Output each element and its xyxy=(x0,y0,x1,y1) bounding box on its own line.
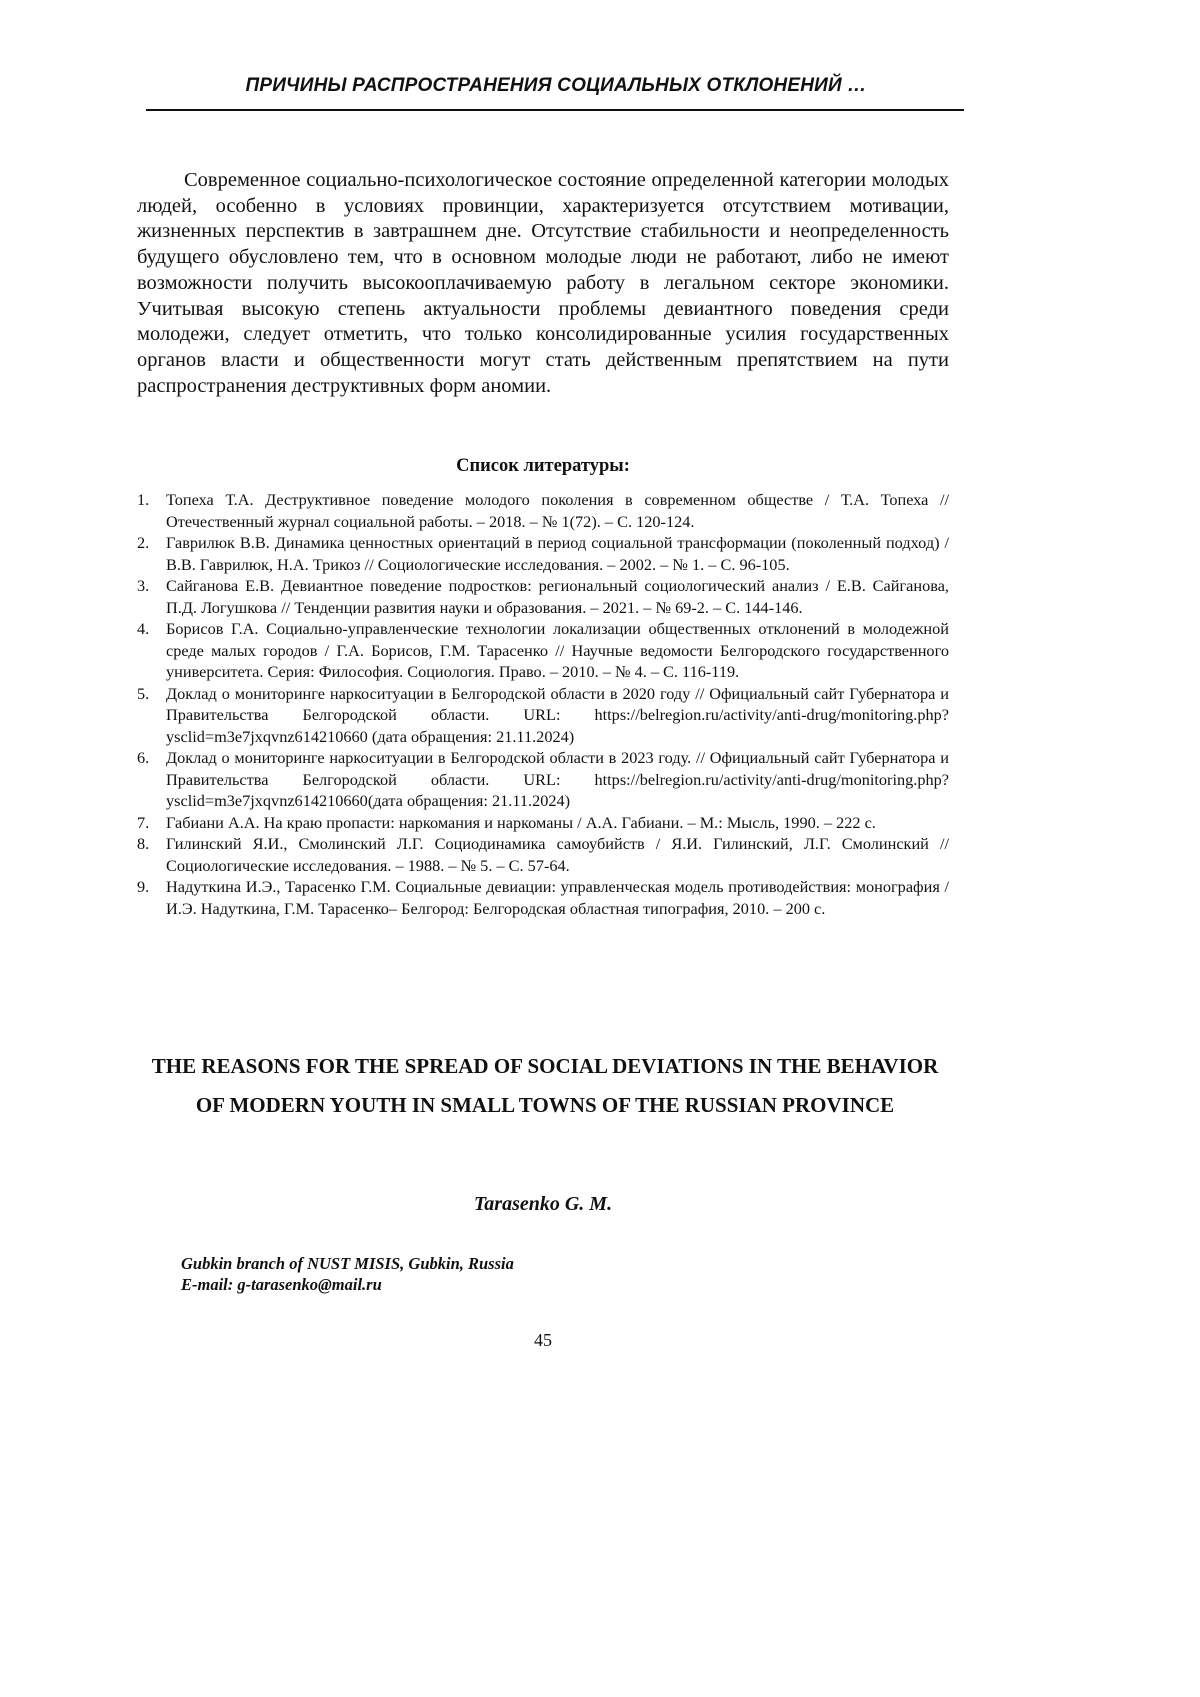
reference-item: 6.Доклад о мониторинге наркоситуации в Б… xyxy=(137,747,949,812)
reference-item: 1.Топеха Т.А. Деструктивное поведение мо… xyxy=(137,489,949,532)
reference-item: 7.Габиани А.А. На краю пропасти: наркома… xyxy=(137,812,949,834)
reference-number: 4. xyxy=(137,618,149,640)
reference-item: 8.Гилинский Я.И., Смолинский Л.Г. Социод… xyxy=(137,833,949,876)
reference-number: 6. xyxy=(137,747,149,769)
english-title: THE REASONS FOR THE SPREAD OF SOCIAL DEV… xyxy=(150,1047,940,1125)
reference-item: 2.Гаврилюк В.В. Динамика ценностных орие… xyxy=(137,532,949,575)
reference-text: Надуткина И.Э., Тарасенко Г.М. Социальны… xyxy=(166,877,949,918)
reference-number: 1. xyxy=(137,489,149,511)
references-title: Список литературы: xyxy=(137,456,949,477)
references-list: 1.Топеха Т.А. Деструктивное поведение мо… xyxy=(137,489,949,919)
running-head: ПРИЧИНЫ РАСПРОСТРАНЕНИЯ СОЦИАЛЬНЫХ ОТКЛО… xyxy=(146,75,966,97)
reference-text: Гилинский Я.И., Смолинский Л.Г. Социодин… xyxy=(166,834,949,875)
reference-number: 5. xyxy=(137,683,149,705)
reference-text: Сайганова Е.В. Девиантное поведение подр… xyxy=(166,576,949,617)
affiliation: Gubkin branch of NUST MISIS, Gubkin, Rus… xyxy=(181,1253,781,1274)
reference-text: Топеха Т.А. Деструктивное поведение моло… xyxy=(166,490,949,531)
reference-text: Гаврилюк В.В. Динамика ценностных ориент… xyxy=(166,533,949,574)
reference-item: 4.Борисов Г.А. Социально-управленческие … xyxy=(137,618,949,683)
reference-number: 2. xyxy=(137,532,149,554)
reference-text: Габиани А.А. На краю пропасти: наркомани… xyxy=(166,813,876,832)
reference-text: Борисов Г.А. Социально-управленческие те… xyxy=(166,619,949,681)
page-number: 45 xyxy=(137,1330,949,1351)
reference-item: 9.Надуткина И.Э., Тарасенко Г.М. Социаль… xyxy=(137,876,949,919)
reference-item: 5.Доклад о мониторинге наркоситуации в Б… xyxy=(137,683,949,748)
body-paragraph: Современное социально-психологическое со… xyxy=(137,168,949,399)
header-rule xyxy=(146,109,964,111)
reference-number: 7. xyxy=(137,812,149,834)
reference-text: Доклад о мониторинге наркоситуации в Бел… xyxy=(166,684,949,746)
affiliation-block: Gubkin branch of NUST MISIS, Gubkin, Rus… xyxy=(181,1253,781,1295)
email: E-mail: g-tarasenko@mail.ru xyxy=(181,1274,781,1295)
english-author: Tarasenko G. M. xyxy=(137,1193,949,1216)
reference-item: 3.Сайганова Е.В. Девиантное поведение по… xyxy=(137,575,949,618)
reference-number: 9. xyxy=(137,876,149,898)
reference-number: 8. xyxy=(137,833,149,855)
reference-number: 3. xyxy=(137,575,149,597)
reference-text: Доклад о мониторинге наркоситуации в Бел… xyxy=(166,748,949,810)
